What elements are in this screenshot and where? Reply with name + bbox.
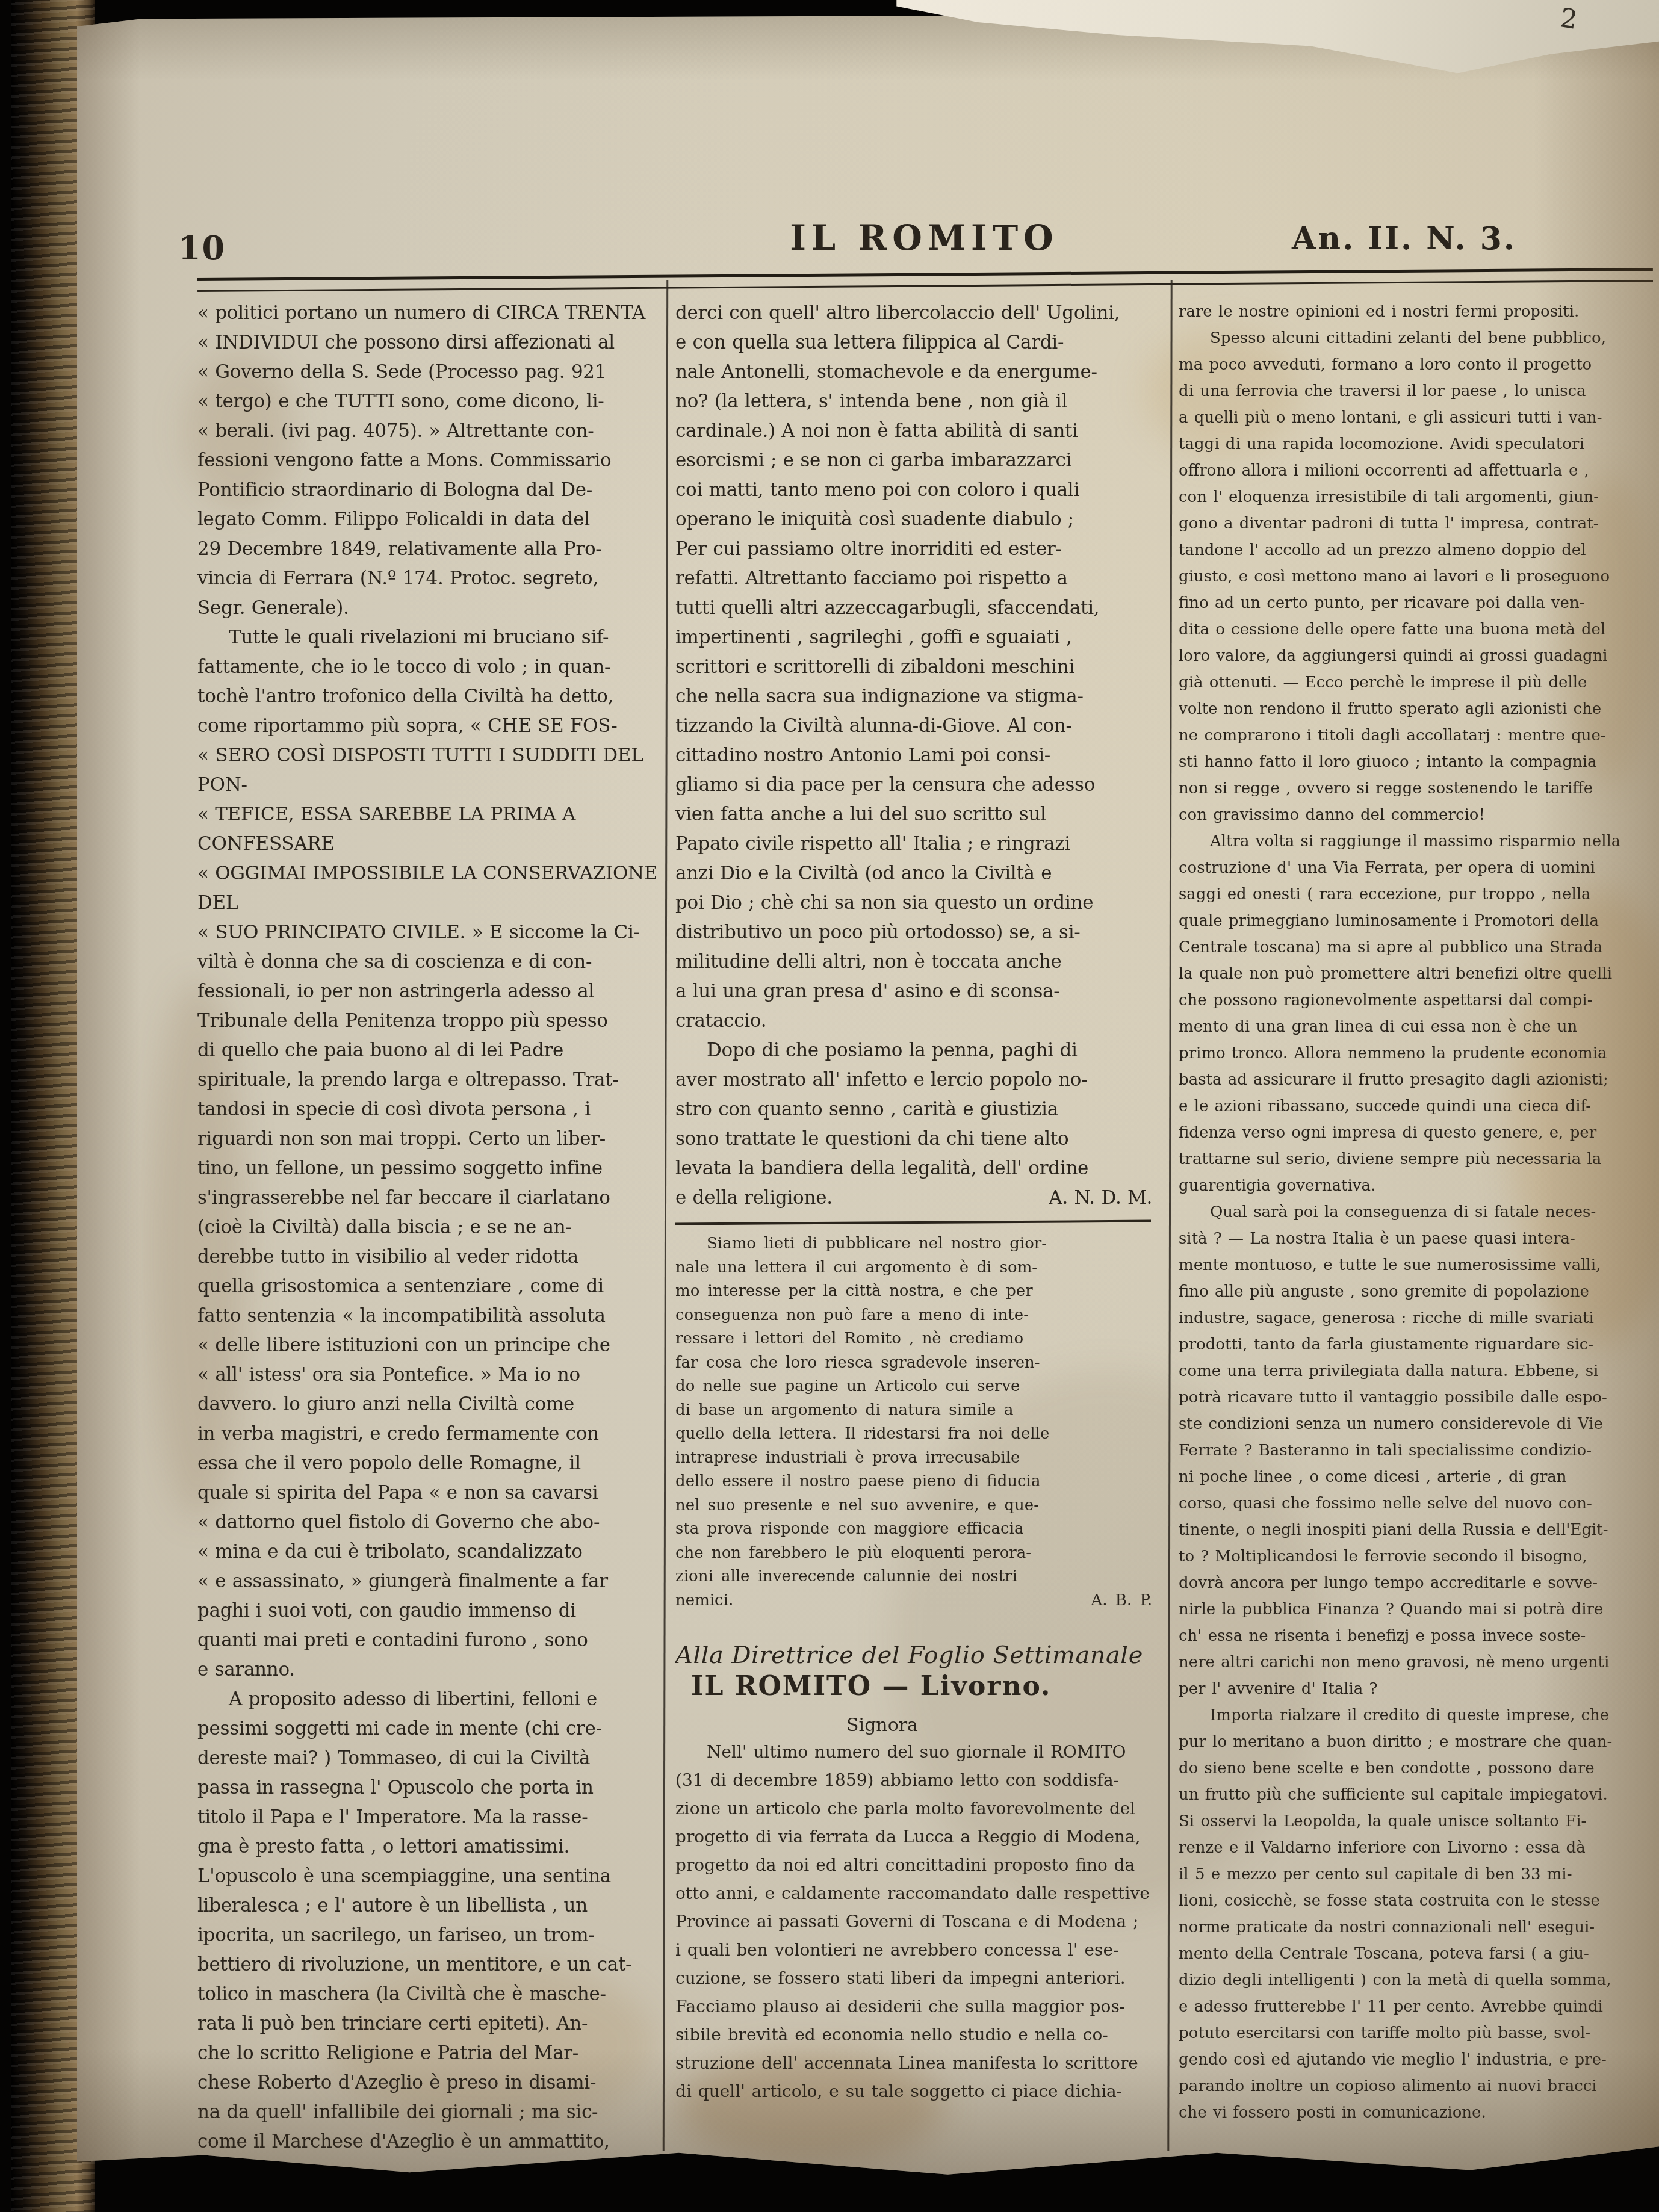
letter-body-paragraph: Spesso alcuni cittadini zelanti del bene… [1179, 325, 1639, 828]
issue-number: An. II. N. 3. [1292, 220, 1516, 257]
column-1: « politici portano un numero di CIRCA TR… [197, 299, 659, 2160]
article-paragraph: « politici portano un numero di CIRCA TR… [197, 299, 659, 623]
letter-body-paragraph: rare le nostre opinioni ed i nostri ferm… [1179, 299, 1639, 325]
newspaper-page: 10 IL ROMITO An. II. N. 3. « politici po… [77, 16, 1659, 2179]
column-divider-1 [663, 280, 669, 2151]
column-2: derci con quell' altro libercolaccio del… [675, 299, 1161, 2160]
article-paragraph: Tutte le quali rivelazioni mi bruciano s… [197, 623, 659, 1685]
letter-salutation: Signora [846, 1714, 1161, 1738]
corner-page-number: 2 [1558, 2, 1580, 36]
author-initials: A. N. D. M. [1049, 1183, 1152, 1213]
header-double-rule [197, 268, 1653, 292]
column-divider-2 [1167, 280, 1172, 2151]
letter-body-paragraph: Altra volta si raggiunge il massimo risp… [1179, 828, 1639, 1199]
article-paragraph: Dopo di che posiamo la penna, paghi di a… [675, 1036, 1161, 1183]
page-header: 10 IL ROMITO An. II. N. 3. [197, 207, 1651, 265]
signature-line: nemici. A. B. P. [675, 1589, 1161, 1613]
paragraph-last-line: nemici. [675, 1589, 733, 1613]
section-rule [675, 1220, 1151, 1225]
column-3: rare le nostre opinioni ed i nostri ferm… [1179, 299, 1639, 2160]
paragraph-last-line: e della religione. [675, 1183, 833, 1213]
masthead-title: IL ROMITO [790, 218, 1058, 258]
letter-body-paragraph: Importa rialzare il credito di queste im… [1179, 1702, 1639, 2126]
article-paragraph: derci con quell' altro libercolaccio del… [675, 299, 1161, 1036]
letter-body-paragraph: Qual sarà poi la conseguenza di si fatal… [1179, 1199, 1639, 1702]
letter-body-paragraph: Nell' ultimo numero del suo giornale il … [675, 1738, 1161, 2105]
letter-heading-journal: IL ROMITO — Livorno. [675, 1669, 1161, 1704]
author-initials: A. B. P. [1091, 1589, 1152, 1613]
article-paragraph: A proposito adesso di libertini, felloni… [197, 1685, 659, 2160]
signature-line: e della religione. A. N. D. M. [675, 1183, 1161, 1213]
letter-heading: Alla Direttrice del Foglio Settimanale I… [675, 1641, 1161, 1704]
letter-heading-addressee: Alla Direttrice del Foglio Settimanale [675, 1641, 1161, 1669]
editorial-note-paragraph: Siamo lieti di pubblicare nel nostro gio… [675, 1232, 1161, 1589]
page-number: 10 [178, 229, 226, 267]
